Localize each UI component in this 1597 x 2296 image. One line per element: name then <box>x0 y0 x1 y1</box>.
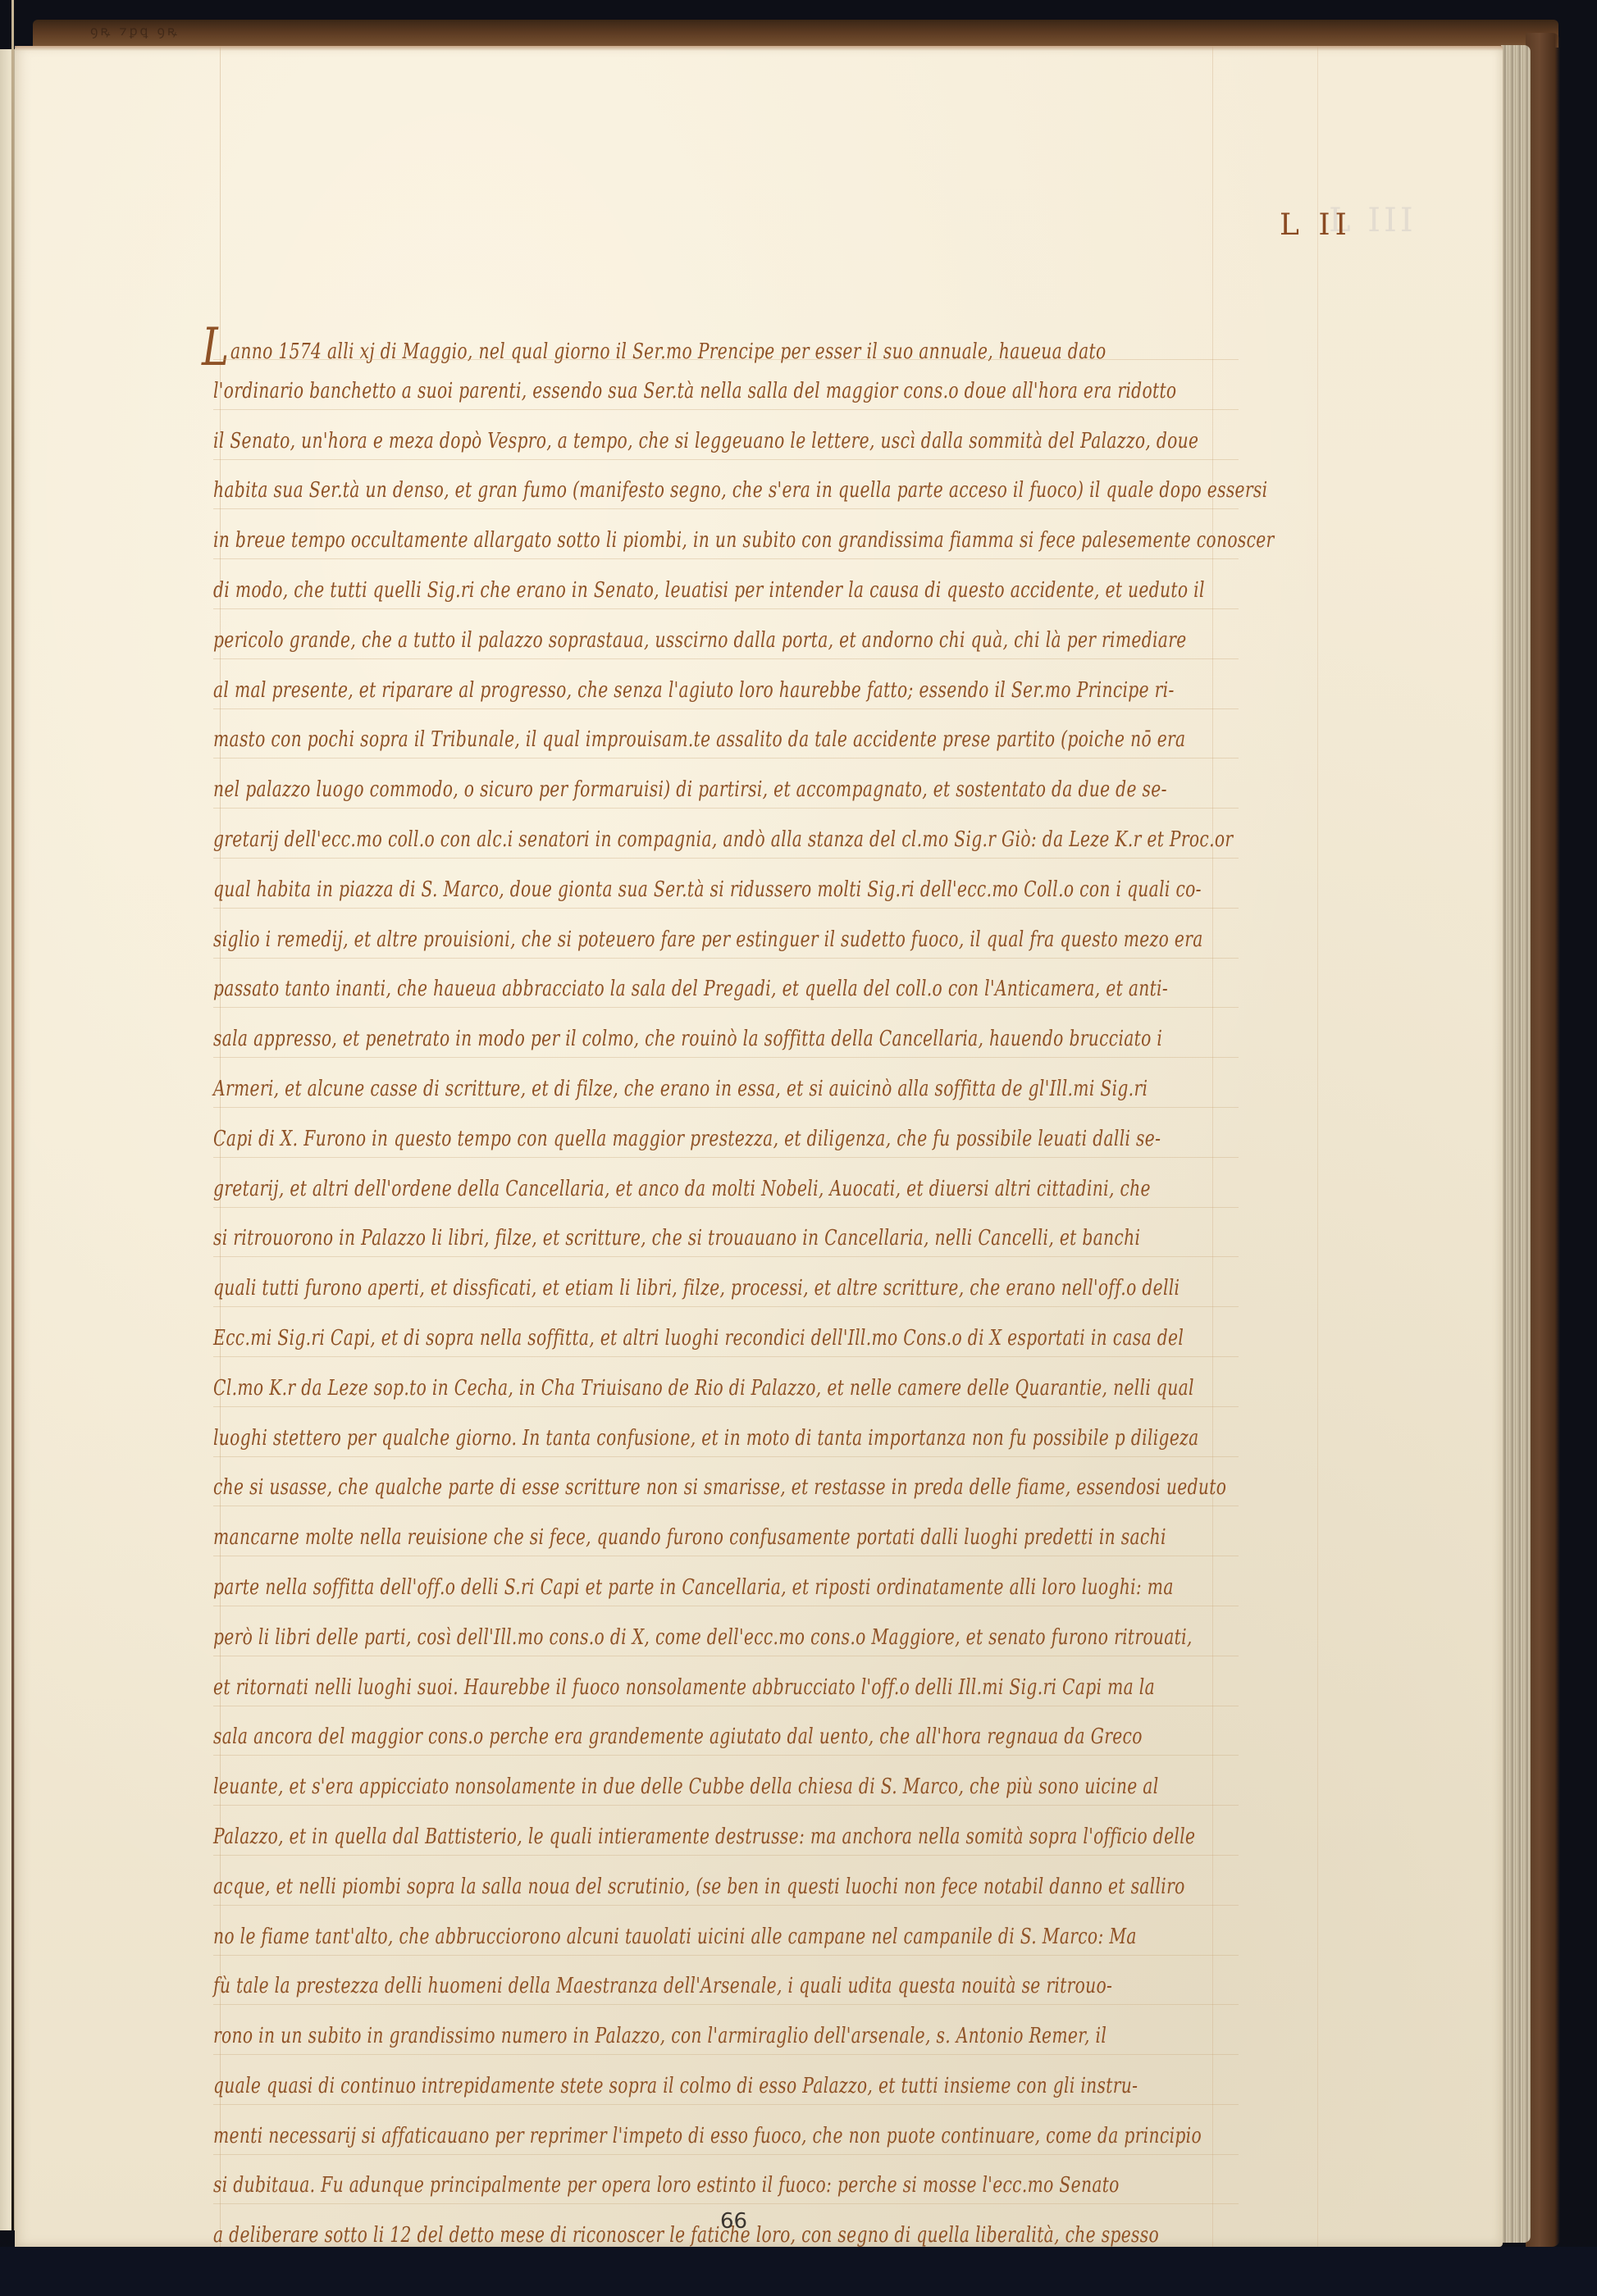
text-line: mancarne molte nella reuisione che si fe… <box>213 1519 1222 1569</box>
pencil-page-number: 66 <box>720 2209 747 2234</box>
text-line: però li libri delle parti, così dell'Ill… <box>213 1619 1222 1670</box>
page-top-edge <box>15 46 1503 51</box>
text-line: masto con pochi sopra il Tribunale, il q… <box>213 722 1222 772</box>
text-line: si dubitaua. Fu adunque principalmente p… <box>213 2167 1222 2217</box>
text-line: luoghi stettero per qualche giorno. In t… <box>213 1420 1222 1470</box>
text-line: che si usasse, che qualche parte di esse… <box>213 1469 1222 1519</box>
text-line: Palazzo, et in quella dal Battisterio, l… <box>213 1819 1222 1869</box>
text-line: sala ancora del maggior cons.o perche er… <box>213 1719 1222 1769</box>
decorated-initial: L <box>202 317 229 378</box>
margin-rule-outer <box>1317 46 1318 2247</box>
text-line: gretarij dell'ecc.mo coll.o con alc.i se… <box>213 822 1222 872</box>
text-line: di modo, che tutti quelli Sig.ri che era… <box>213 572 1222 622</box>
leather-binding-top <box>33 20 1558 48</box>
text-line: leuante, et s'era appicciato nonsolament… <box>213 1769 1222 1819</box>
scan-background-bottom <box>0 2247 1597 2296</box>
manuscript-page: L III L II Lanno 1574 alli xj di Maggio,… <box>15 46 1503 2247</box>
text-line: siglio i remedij, et altre prouisioni, c… <box>213 922 1222 972</box>
text-line: Capi di X. Furono in questo tempo con qu… <box>213 1121 1222 1171</box>
manuscript-text-body: Lanno 1574 alli xj di Maggio, nel qual g… <box>213 323 1222 2267</box>
text-line: rono in un subito in grandissimo numero … <box>213 2018 1222 2068</box>
stacked-page-edges <box>1501 45 1531 2243</box>
text-line: pericolo grande, che a tutto il palazzo … <box>213 622 1222 672</box>
text-line: menti necessarij si affaticauano per rep… <box>213 2118 1222 2168</box>
text-line: quale quasi di continuo intrepidamente s… <box>213 2068 1222 2118</box>
text-line: Cl.mo K.r da Leze sop.to in Cecha, in Ch… <box>213 1370 1222 1420</box>
text-line: si ritrouorono in Palazzo li libri, filz… <box>213 1220 1222 1270</box>
text-line: qual habita in piazza di S. Marco, doue … <box>213 872 1222 922</box>
text-line: gretarij, et altri dell'ordene della Can… <box>213 1171 1222 1221</box>
text-line: il Senato, un'hora e meza dopò Vespro, a… <box>213 423 1222 473</box>
text-line: in breue tempo occultamente allargato so… <box>213 522 1222 572</box>
text-line: passato tanto inanti, che haueua abbracc… <box>213 971 1222 1021</box>
text-line: parte nella soffitta dell'off.o delli S.… <box>213 1569 1222 1619</box>
binding-spine-text: ꝯꝶ ⁊ꝑꝗ ꝯꝶ <box>90 21 180 39</box>
text-line: Ecc.mi Sig.ri Capi, et di sopra nella so… <box>213 1320 1222 1370</box>
text-line: nel palazzo luogo commodo, o sicuro per … <box>213 772 1222 822</box>
text-line: quali tutti furono aperti, et dissficati… <box>213 1270 1222 1320</box>
text-line: no le fiame tant'alto, che abbrucciorono… <box>213 1919 1222 1969</box>
text-line: l'ordinario banchetto a suoi parenti, es… <box>213 373 1222 423</box>
text-line: sala appresso, et penetrato in modo per … <box>213 1021 1222 1071</box>
text-line: fù tale la prestezza delli huomeni della… <box>213 1968 1222 2018</box>
text-line: habita sua Ser.tà un denso, et gran fumo… <box>213 472 1222 522</box>
manuscript-scan: ꝯꝶ ⁊ꝑꝗ ꝯꝶ L III L II Lanno 1574 alli xj … <box>0 0 1597 2296</box>
text-line: Armeri, et alcune casse di scritture, et… <box>213 1071 1222 1121</box>
folio-number: L II <box>1280 208 1352 242</box>
text-line: al mal presente, et riparare al progress… <box>213 672 1222 722</box>
gutter-fold <box>11 0 14 2230</box>
text-line: acque, et nelli piombi sopra la salla no… <box>213 1869 1222 1919</box>
text-line: et ritornati nelli luoghi suoi. Haurebbe… <box>213 1670 1222 1720</box>
text-line: Lanno 1574 alli xj di Maggio, nel qual g… <box>213 323 1222 373</box>
leather-binding-right <box>1526 33 1560 2247</box>
